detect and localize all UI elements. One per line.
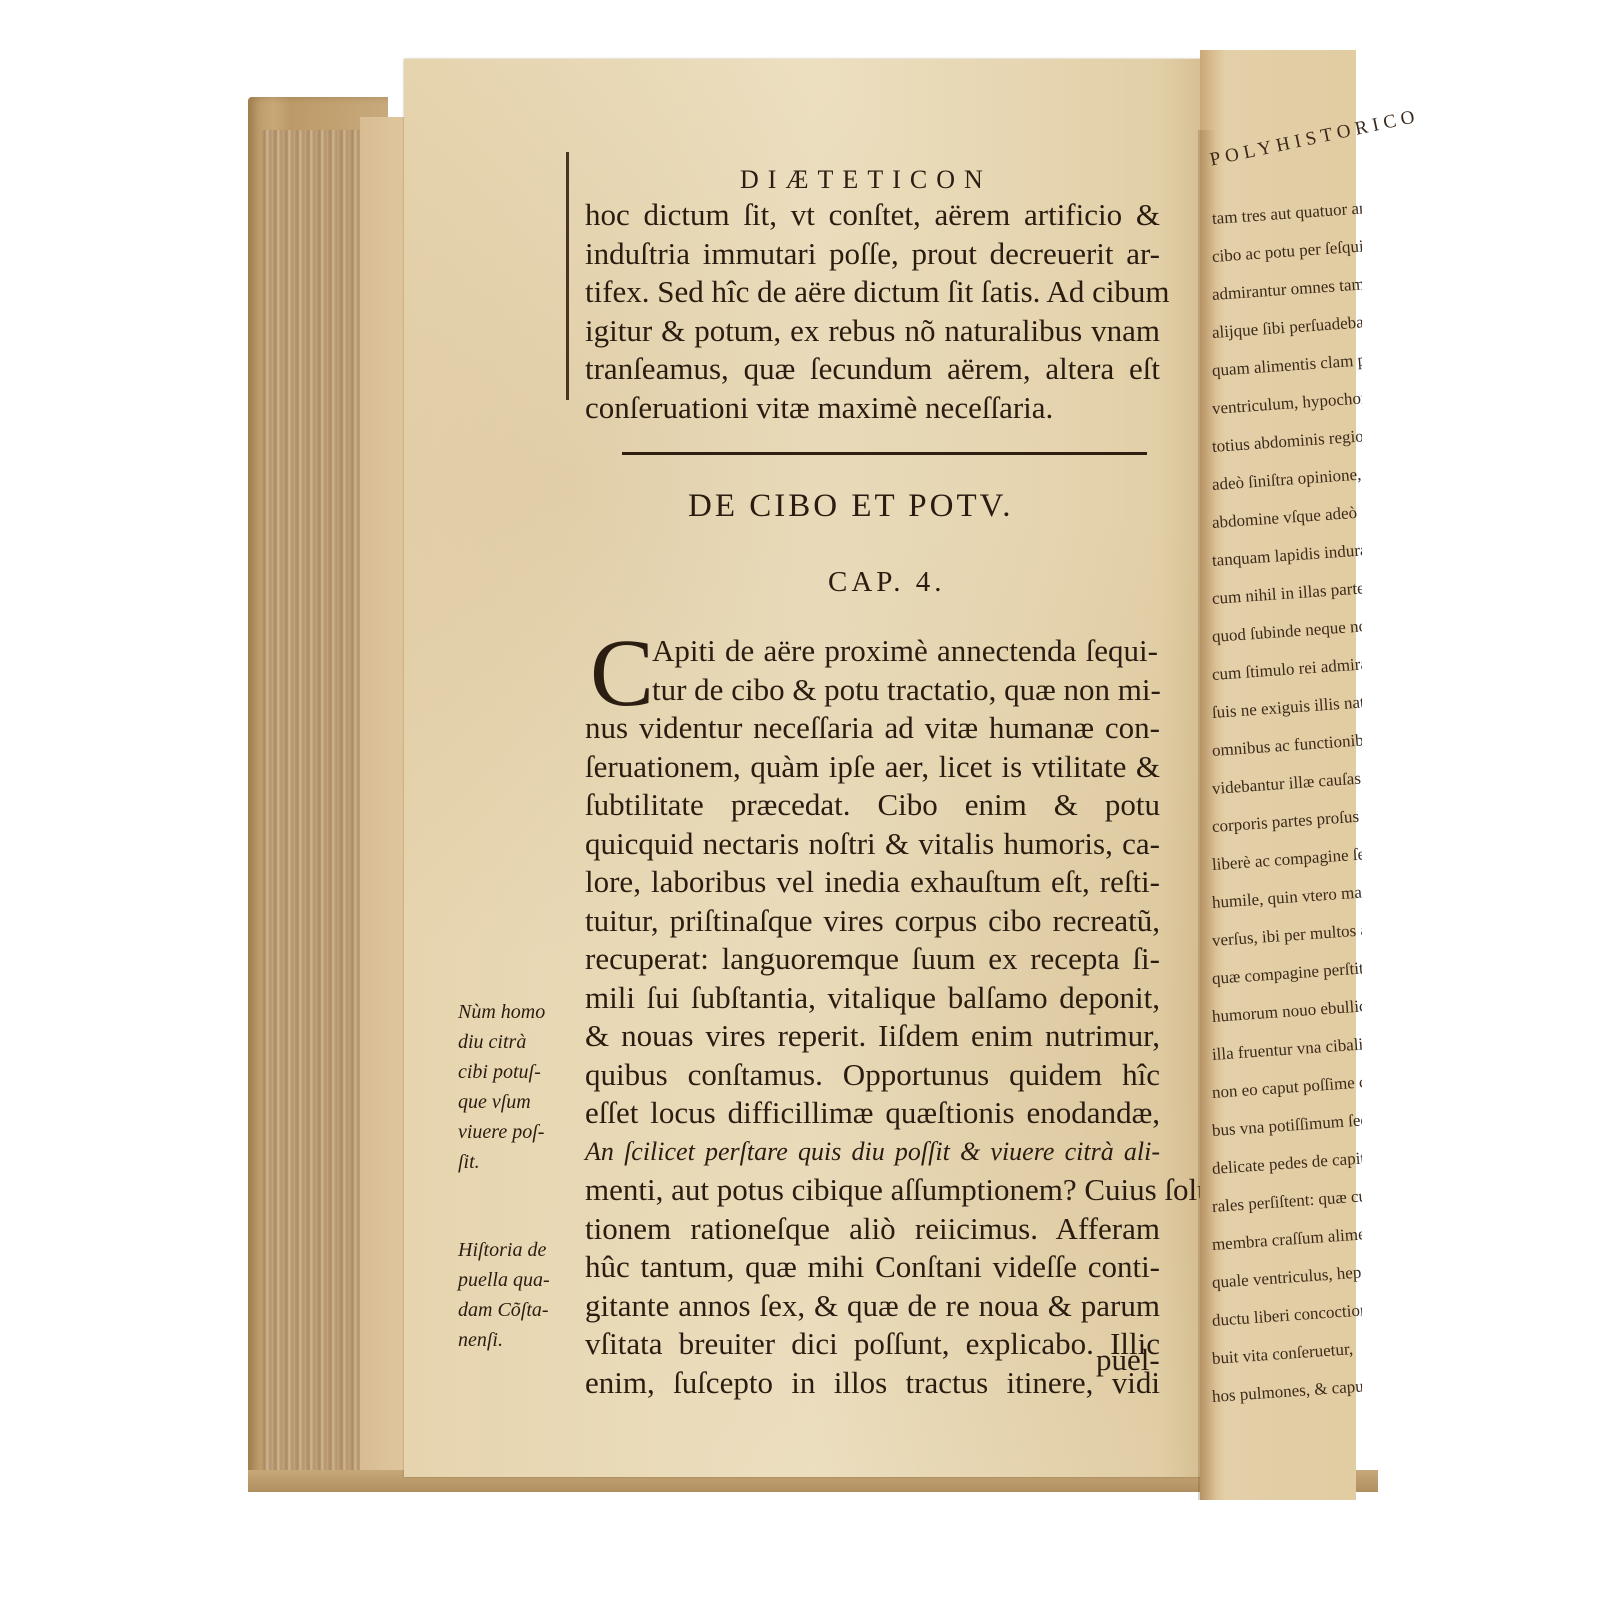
- marginal-line: nenſi.: [458, 1325, 578, 1355]
- marginal-line: Hiſtoria de: [458, 1235, 578, 1265]
- chapter-number: CAP. 4.: [828, 566, 945, 599]
- marginal-line: diu citrà: [458, 1027, 578, 1057]
- text-line: Apiti de aëre proximè annectenda ſequi-: [652, 632, 1158, 671]
- text-line-mixed: menti, aut potus cibique aſſumptionem? C…: [585, 1171, 1160, 1210]
- text-line: & nouas vires reperit. Iiſdem enim nutri…: [585, 1017, 1160, 1056]
- text-line: lore, laboribus vel inedia exhauſtum eſt…: [585, 863, 1160, 902]
- body-first-lines: Apiti de aëre proximè annectenda ſequi- …: [652, 632, 1158, 709]
- running-head: DIÆTETICON: [740, 165, 992, 195]
- text-line: induſtria immutari poſſe, prout decreuer…: [585, 235, 1160, 274]
- text-line: tuitur, priſtinaſque vires corpus cibo r…: [585, 902, 1160, 941]
- text-line: enim, ſuſcepto in illos tractus itinere,…: [585, 1364, 1160, 1403]
- text-line: vſitata breuiter dici poſſunt, explicabo…: [585, 1325, 1160, 1364]
- text-line: hûc tantum, quæ mihi Conſtani videſſe co…: [585, 1248, 1160, 1287]
- text-line: conſeruationi vitæ maximè neceſſaria.: [585, 389, 1160, 428]
- text-line: tur de cibo & potu tractatio, quæ non mi…: [652, 671, 1158, 710]
- text-line: hoc dictum ſit, vt conſtet, aërem artifi…: [585, 196, 1160, 235]
- text-line: ſeruationem, quàm ipſe aer, licet is vti…: [585, 748, 1160, 787]
- drop-cap: C: [590, 630, 654, 716]
- marginal-line: viuere poſ-: [458, 1117, 578, 1147]
- text-line: eſſet locus difficillimæ quæſtionis enod…: [585, 1094, 1160, 1133]
- text-line: mili ſui ſubſtantia, vitalique balſamo d…: [585, 979, 1160, 1018]
- page-edges: [262, 130, 367, 1475]
- catchword: puel-: [1096, 1342, 1160, 1378]
- body-text: nus videntur neceſſaria ad vitæ humanæ c…: [585, 709, 1160, 1402]
- text-line: tionem rationeſque aliò reiicimus. Affer…: [585, 1210, 1160, 1249]
- text-line: quicquid nectaris noſtri & vitalis humor…: [585, 825, 1160, 864]
- top-paragraph: hoc dictum ſit, vt conſtet, aërem artifi…: [585, 196, 1160, 427]
- text-line: nus videntur neceſſaria ad vitæ humanæ c…: [585, 709, 1160, 748]
- text-line: tifex. Sed hîc de aëre dictum ſit ſatis.…: [585, 273, 1160, 312]
- margin-rule: [566, 152, 569, 400]
- text-line: recuperat: languoremque ſuum ex recepta …: [585, 940, 1160, 979]
- text-line: quibus conſtamus. Opportunus quidem hîc: [585, 1056, 1160, 1095]
- recto-text: tam tres aut quatuor annos natá cibo ac …: [1212, 200, 1362, 1416]
- text-line: tranſeamus, quæ ſecundum aërem, altera e…: [585, 350, 1160, 389]
- marginal-note: Hiſtoria de puella qua- dam Cõſta- nenſi…: [458, 1235, 578, 1355]
- marginal-line: que vſum: [458, 1087, 578, 1117]
- text-line: igitur & potum, ex rebus nõ naturalibus …: [585, 312, 1160, 351]
- marginal-line: Nùm homo: [458, 997, 578, 1027]
- marginal-line: puella qua-: [458, 1265, 578, 1295]
- section-divider: [622, 452, 1147, 455]
- marginal-line: ſit.: [458, 1147, 578, 1177]
- text-line: gitante annos ſex, & quæ de re noua & pa…: [585, 1287, 1160, 1326]
- marginal-line: cibi potuſ-: [458, 1057, 578, 1087]
- text-line-italic: An ſcilicet perſtare quis diu poſſit & v…: [585, 1133, 1160, 1172]
- marginal-line: dam Cõſta-: [458, 1295, 578, 1325]
- section-title: DE CIBO ET POTV.: [688, 488, 1013, 525]
- marginal-note: Nùm homo diu citrà cibi potuſ- que vſum …: [458, 997, 578, 1177]
- text-line: ſubtilitate præcedat. Cibo enim & potu: [585, 786, 1160, 825]
